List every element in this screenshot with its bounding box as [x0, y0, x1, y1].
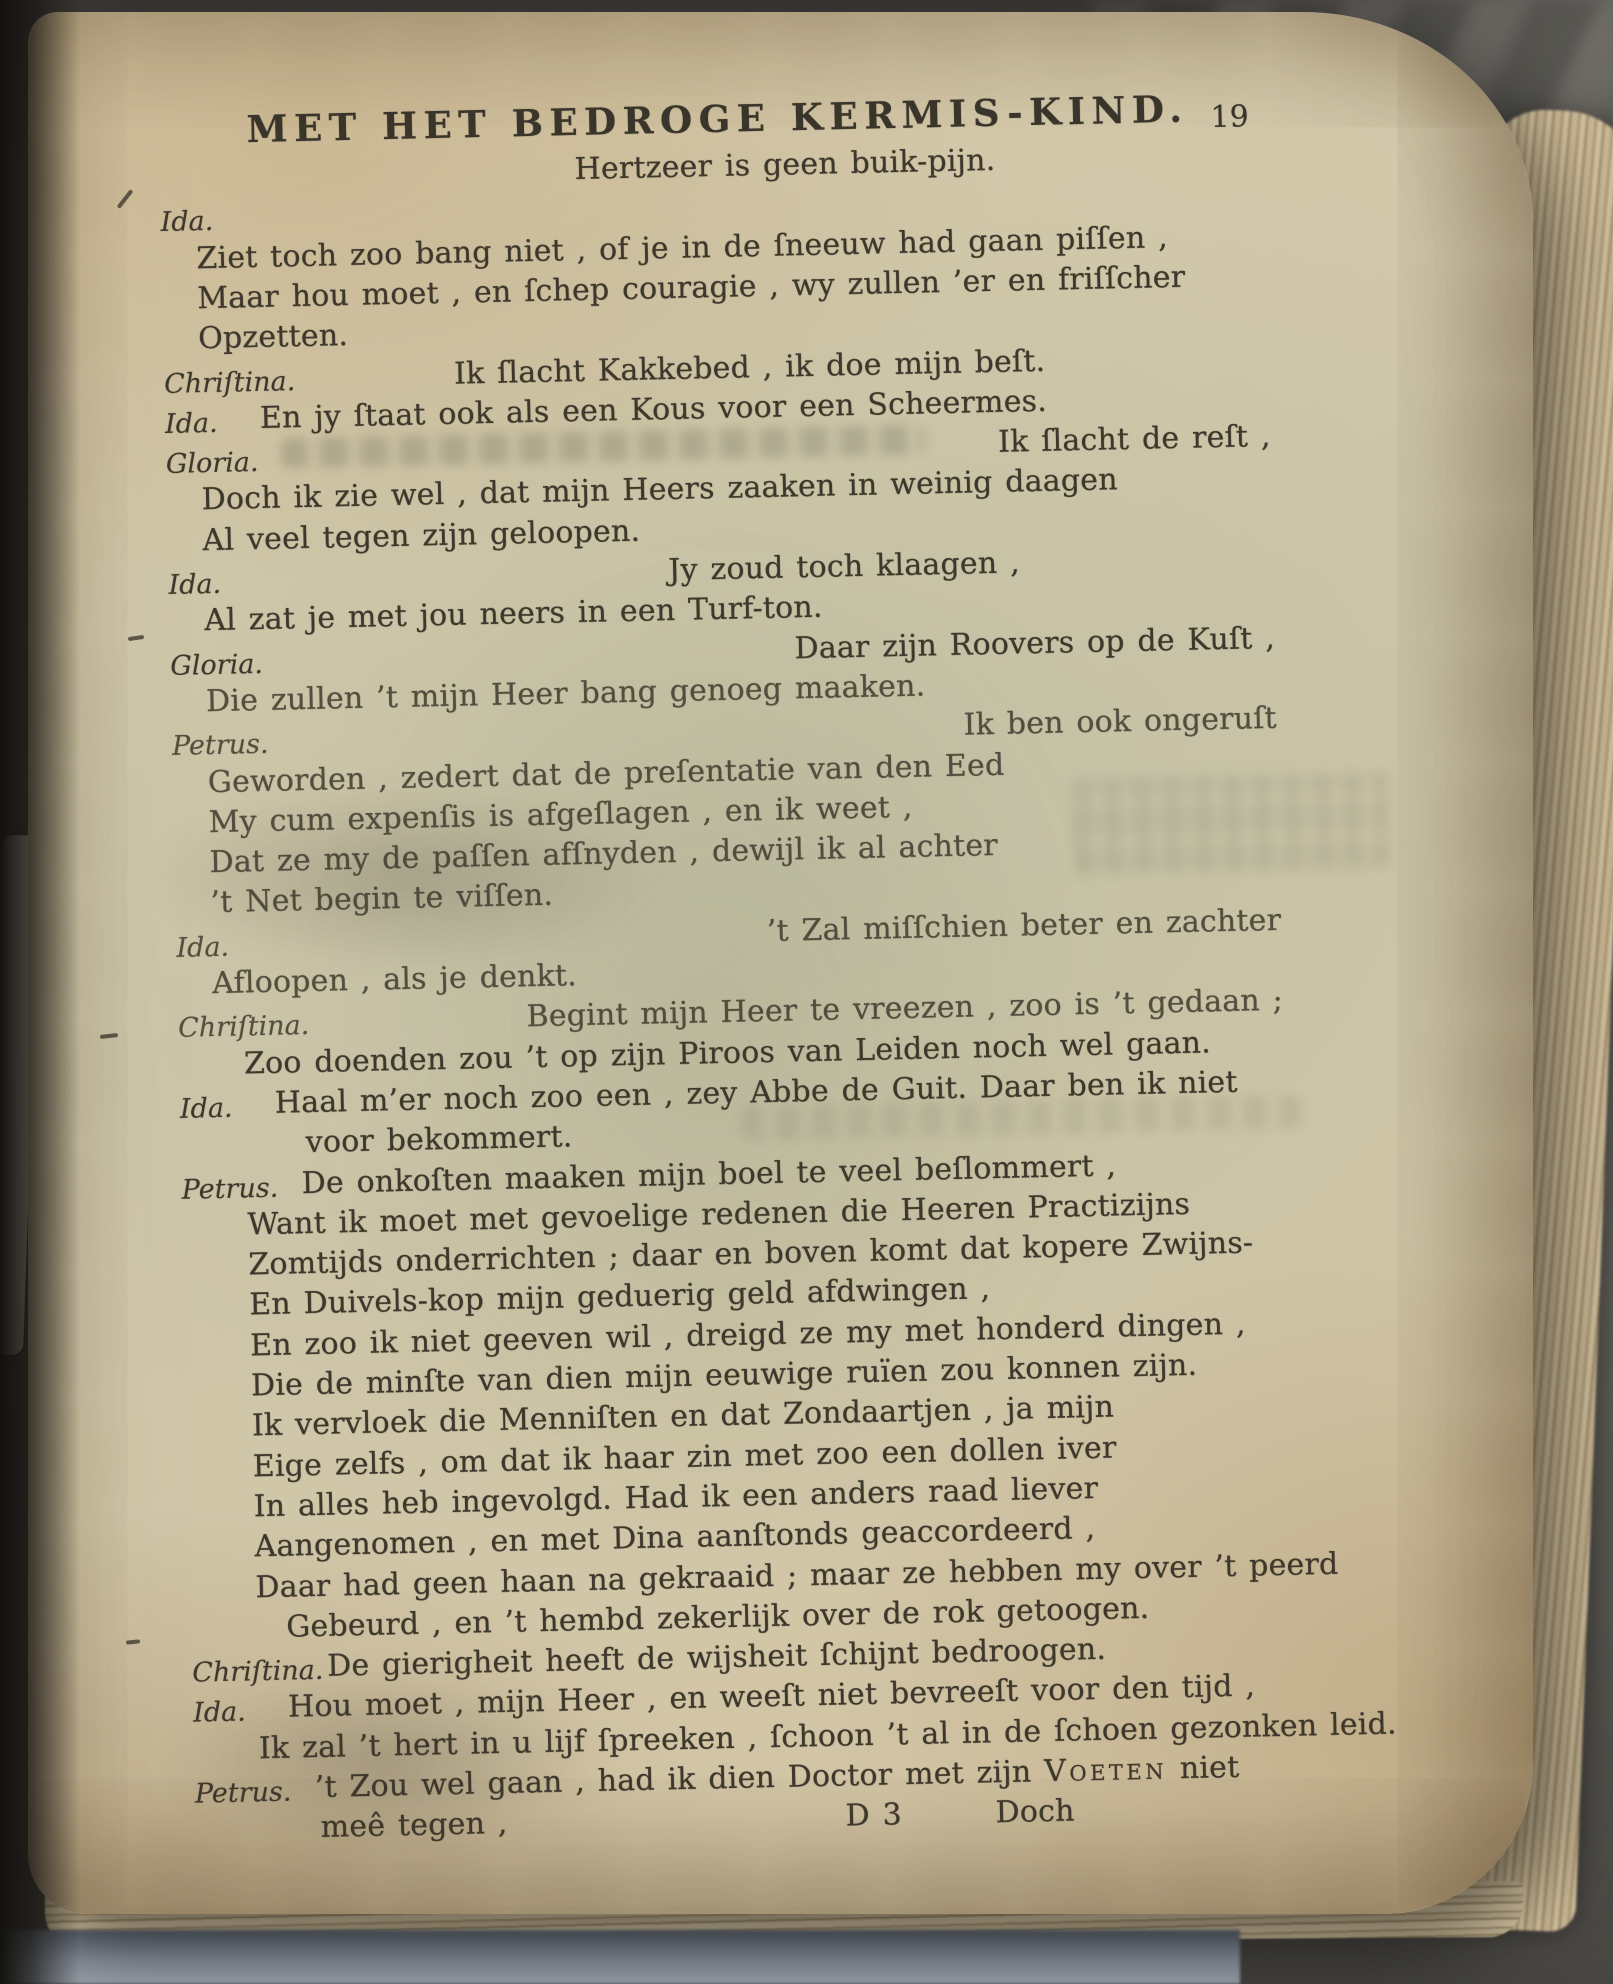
speaker-label: Ida. [180, 1093, 233, 1125]
page-number: 19 [1210, 99, 1249, 135]
verse-text: Al veel tegen zijn geloopen. [202, 516, 640, 556]
catchword: Doch [995, 1797, 1075, 1829]
running-header: MET HET BEDROGE KERMIS-KIND. [246, 87, 1189, 152]
speaker-label: Ida. [160, 206, 213, 238]
verse-text: Opzetten. [198, 321, 349, 354]
speaker-label: Ida. [193, 1697, 246, 1729]
signature-mark: D 3 [845, 1801, 902, 1832]
margin-mark [126, 1639, 140, 1644]
verse-text: meê tegen , [320, 1809, 507, 1843]
speaker-label: Ida. [176, 931, 229, 963]
speaker-label: Chriſtina. [192, 1655, 324, 1689]
book-page: MET HET BEDROGE KERMIS-KIND. 19 Hertzeer… [28, 12, 1533, 1914]
speaker-label: Chriſtina. [164, 366, 296, 400]
speaker-label: Petrus. [181, 1172, 278, 1205]
photo-background: MET HET BEDROGE KERMIS-KIND. 19 Hertzeer… [0, 0, 1613, 1984]
speaker-label: Petrus. [172, 729, 269, 762]
margin-mark [117, 189, 134, 209]
speaker-label: Gloria. [166, 447, 259, 480]
table-surface [0, 1930, 1240, 1984]
facing-page-sliver [0, 834, 41, 1355]
verse-text: Ik ſlacht de reſt , [998, 422, 1271, 458]
verse-text: Ik ben ook ongeruſt [963, 704, 1277, 741]
speaker-label: Gloria. [170, 648, 263, 681]
speaker-label: Petrus. [195, 1777, 292, 1810]
verse-text: ’t Zal miſſchien beter en zachter [767, 905, 1282, 946]
speaker-label: Ida. [168, 569, 221, 601]
verse-text: Jy zoud toch klaagen , [668, 548, 1020, 586]
verse-text: Afloopen , als je denkt. [212, 961, 577, 999]
verse-text: Daar zijn Roovers op de Kuſt , [794, 623, 1275, 663]
margin-mark [100, 1033, 118, 1039]
margin-mark [128, 635, 144, 641]
verse-text: Hertzeer is geen buik-pijn. [574, 146, 995, 185]
verse-text: ’t Net begin te viſſen. [210, 881, 553, 918]
speaker-label: Ida. [165, 408, 218, 440]
speaker-label: Chriſtina. [178, 1010, 310, 1044]
emphasized-word: Voeten [1044, 1751, 1168, 1789]
verse-text: voor bekommert. [305, 1122, 572, 1158]
text-block: MET HET BEDROGE KERMIS-KIND. 19 Hertzeer… [158, 85, 1302, 1909]
